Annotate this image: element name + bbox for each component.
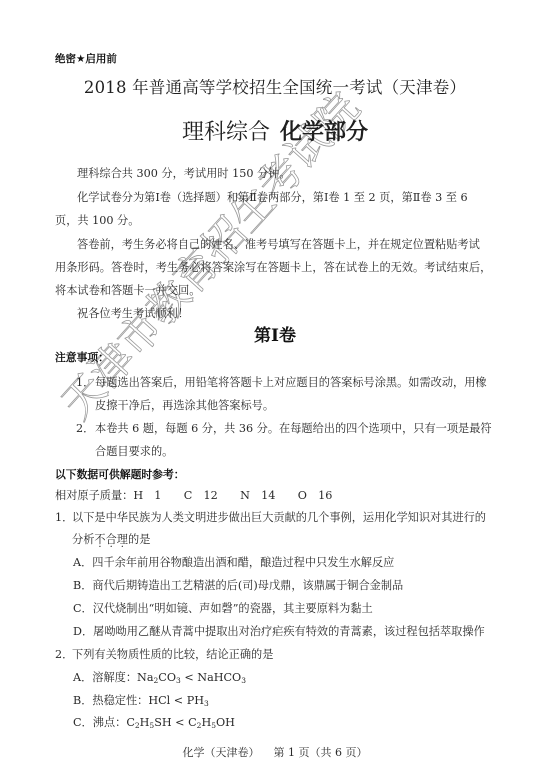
formula: HCl < PH xyxy=(148,694,204,707)
question-1-option-c: C．汉代烧制出“明如镜、声如磬”的瓷器，其主要原料为黏土 xyxy=(73,600,373,616)
emphasis-char: 不 xyxy=(94,533,105,546)
question-1-option-b: B．商代后期铸造出工艺精湛的后(司)母戊鼎，该鼎属于铜合金制品 xyxy=(73,577,403,593)
formula: CO xyxy=(158,671,176,684)
footer-page-number: 第 1 页（共 6 页） xyxy=(274,746,368,759)
subject-title: 理科综合化学部分 xyxy=(0,115,550,146)
note-1-text: 每题选出答案后，用铅笔将答题卡上对应题目的答案标号涂黑。如需改动，用橡 xyxy=(95,374,487,390)
intro-line-wishes: 祝各位考生考试顺利！ xyxy=(77,305,189,321)
stem-text: 分析 xyxy=(72,533,94,546)
subject-title-bold: 化学部分 xyxy=(280,120,368,145)
reference-heading: 以下数据可供解题时参考： xyxy=(55,467,185,482)
footer-subject: 化学（天津卷） xyxy=(183,746,260,759)
intro-line-instructions-3: 将本试卷和答题卡一并交回。 xyxy=(55,282,200,298)
confidential-label: 绝密★启用前 xyxy=(55,51,117,66)
intro-line-score: 理科综合共 300 分，考试用时 150 分钟。 xyxy=(77,165,291,181)
formula: SH < C xyxy=(154,716,196,729)
emphasis-char: 理 xyxy=(117,533,128,546)
exam-title: 2018 年普通高等学校招生全国统一考试（天津卷） xyxy=(0,74,550,98)
note-1-number: 1． xyxy=(76,374,94,390)
formula: C xyxy=(126,716,135,729)
section-title: 第Ⅰ卷 xyxy=(0,321,550,346)
option-label: B．热稳定性： xyxy=(73,694,148,707)
intro-line-instructions: 答卷前，考生务必将自己的姓名、准考号填写在答题卡上，并在规定位置粘贴考试 xyxy=(77,236,480,252)
question-2-number: 2． xyxy=(55,646,73,662)
formula: < NaHCO xyxy=(181,671,241,684)
note-2-number: 2． xyxy=(76,420,94,436)
formula: OH xyxy=(216,716,235,729)
subject-title-light: 理科综合 xyxy=(182,120,270,145)
note-1-text-cont: 皮擦干净后，再选涂其他答案标号。 xyxy=(95,397,274,413)
formula: H xyxy=(140,716,150,729)
notes-heading: 注意事项： xyxy=(55,350,109,365)
option-label: C．沸点： xyxy=(73,716,126,729)
subscript: 3 xyxy=(204,699,209,708)
intro-line-instructions-2: 用条形码。答卷时，考生务必将答案涂写在答题卡上，答在试卷上的无效。考试结束后， xyxy=(55,259,491,275)
page-footer: 化学（天津卷）第 1 页（共 6 页） xyxy=(0,744,550,760)
formula: H xyxy=(201,716,211,729)
question-2-stem: 下列有关物质性质的比较，结论正确的是 xyxy=(72,646,273,662)
question-2-option-c: C．沸点：C2H5SH < C2H5OH xyxy=(73,714,235,730)
question-1-option-d: D．屠呦呦用乙醚从青蒿中提取出对治疗疟疾有特效的青蒿素，该过程包括萃取操作 xyxy=(73,623,485,639)
question-1-stem-cont: 分析不合理的是 xyxy=(72,531,150,547)
atomic-mass-label: 相对原子质量： xyxy=(55,489,133,502)
formula: Na xyxy=(137,671,153,684)
question-2-option-b: B．热稳定性：HCl < PH3 xyxy=(73,692,209,708)
stem-text: 的是 xyxy=(128,533,150,546)
note-2-text-cont: 合题目要求的。 xyxy=(95,443,173,459)
option-label: A．溶解度： xyxy=(73,671,137,684)
intro-line-structure-cont: 页，共 100 分。 xyxy=(55,212,139,228)
atomic-mass-line: 相对原子质量：H 1 C 12 N 14 O 16 xyxy=(55,487,332,503)
question-2-option-a: A．溶解度：Na2CO3 < NaHCO3 xyxy=(73,669,246,685)
note-2-text: 本卷共 6 题，每题 6 分，共 36 分。在每题给出的四个选项中，只有一项是最… xyxy=(95,420,492,436)
intro-line-structure: 化学试卷分为第Ⅰ卷（选择题）和第Ⅱ卷两部分，第Ⅰ卷 1 至 2 页，第Ⅱ卷 3 … xyxy=(77,189,468,205)
atomic-mass-values: H 1 C 12 N 14 O 16 xyxy=(133,489,332,502)
emphasis-char: 合 xyxy=(106,533,117,546)
question-1-stem: 以下是中华民族为人类文明进步做出巨大贡献的几个事例，运用化学知识对其进行的 xyxy=(72,509,486,525)
question-1-number: 1． xyxy=(55,509,73,525)
subscript: 3 xyxy=(241,676,246,685)
question-1-option-a: A．四千余年前用谷物酿造出酒和醋，酿造过程中只发生水解反应 xyxy=(73,554,394,570)
